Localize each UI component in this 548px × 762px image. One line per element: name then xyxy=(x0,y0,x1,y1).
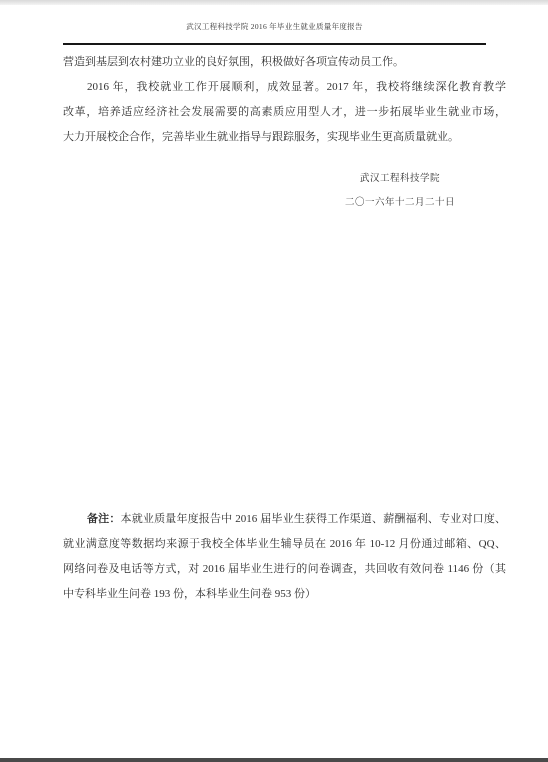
header-divider xyxy=(63,43,486,45)
paragraph-line: 2016 年，我校就业工作开展顺利，成效显著。2017 年，我校将继续深化教育教… xyxy=(63,75,506,100)
note-block: 备注：本就业质量年度报告中 2016 届毕业生获得工作渠道、薪酬福利、专业对口度… xyxy=(63,507,506,607)
note-line-text: 本就业质量年度报告中 2016 届毕业生获得工作渠道、薪酬福利、专业对口度、 xyxy=(121,513,506,525)
note-line: 备注：本就业质量年度报告中 2016 届毕业生获得工作渠道、薪酬福利、专业对口度… xyxy=(63,507,506,532)
note-line: 就业满意度等数据均来源于我校全体毕业生辅导员在 2016 年 10-12 月份通… xyxy=(63,532,506,557)
note-line: 网络问卷及电话等方式，对 2016 届毕业生进行的问卷调查，共回收有效问卷 11… xyxy=(63,557,506,582)
viewer-top-edge xyxy=(0,0,548,5)
paragraph-line: 改革，培养适应经济社会发展需要的高素质应用型人才，进一步拓展毕业生就业市场， xyxy=(63,100,506,125)
signature-name: 武汉工程科技学院 xyxy=(330,167,470,191)
note-line: 中专科毕业生问卷 193 份，本科毕业生问卷 953 份） xyxy=(63,582,506,607)
page-header-title: 武汉工程科技学院 2016 年毕业生就业质量年度报告 xyxy=(63,21,486,32)
document-page: 武汉工程科技学院 2016 年毕业生就业质量年度报告 营造到基层到农村建功立业的… xyxy=(0,0,548,762)
paragraph-line: 大力开展校企合作，完善毕业生就业指导与跟踪服务，实现毕业生更高质量就业。 xyxy=(63,125,506,150)
note-label: 备注： xyxy=(87,513,121,525)
body-text-block: 营造到基层到农村建功立业的良好氛围，积极做好各项宣传动员工作。 2016 年，我… xyxy=(63,50,506,150)
signature-block: 武汉工程科技学院 二〇一六年十二月二十日 xyxy=(330,167,470,215)
paragraph-line: 营造到基层到农村建功立业的良好氛围，积极做好各项宣传动员工作。 xyxy=(63,50,506,75)
viewer-bottom-edge xyxy=(0,758,548,762)
signature-date: 二〇一六年十二月二十日 xyxy=(330,191,470,215)
